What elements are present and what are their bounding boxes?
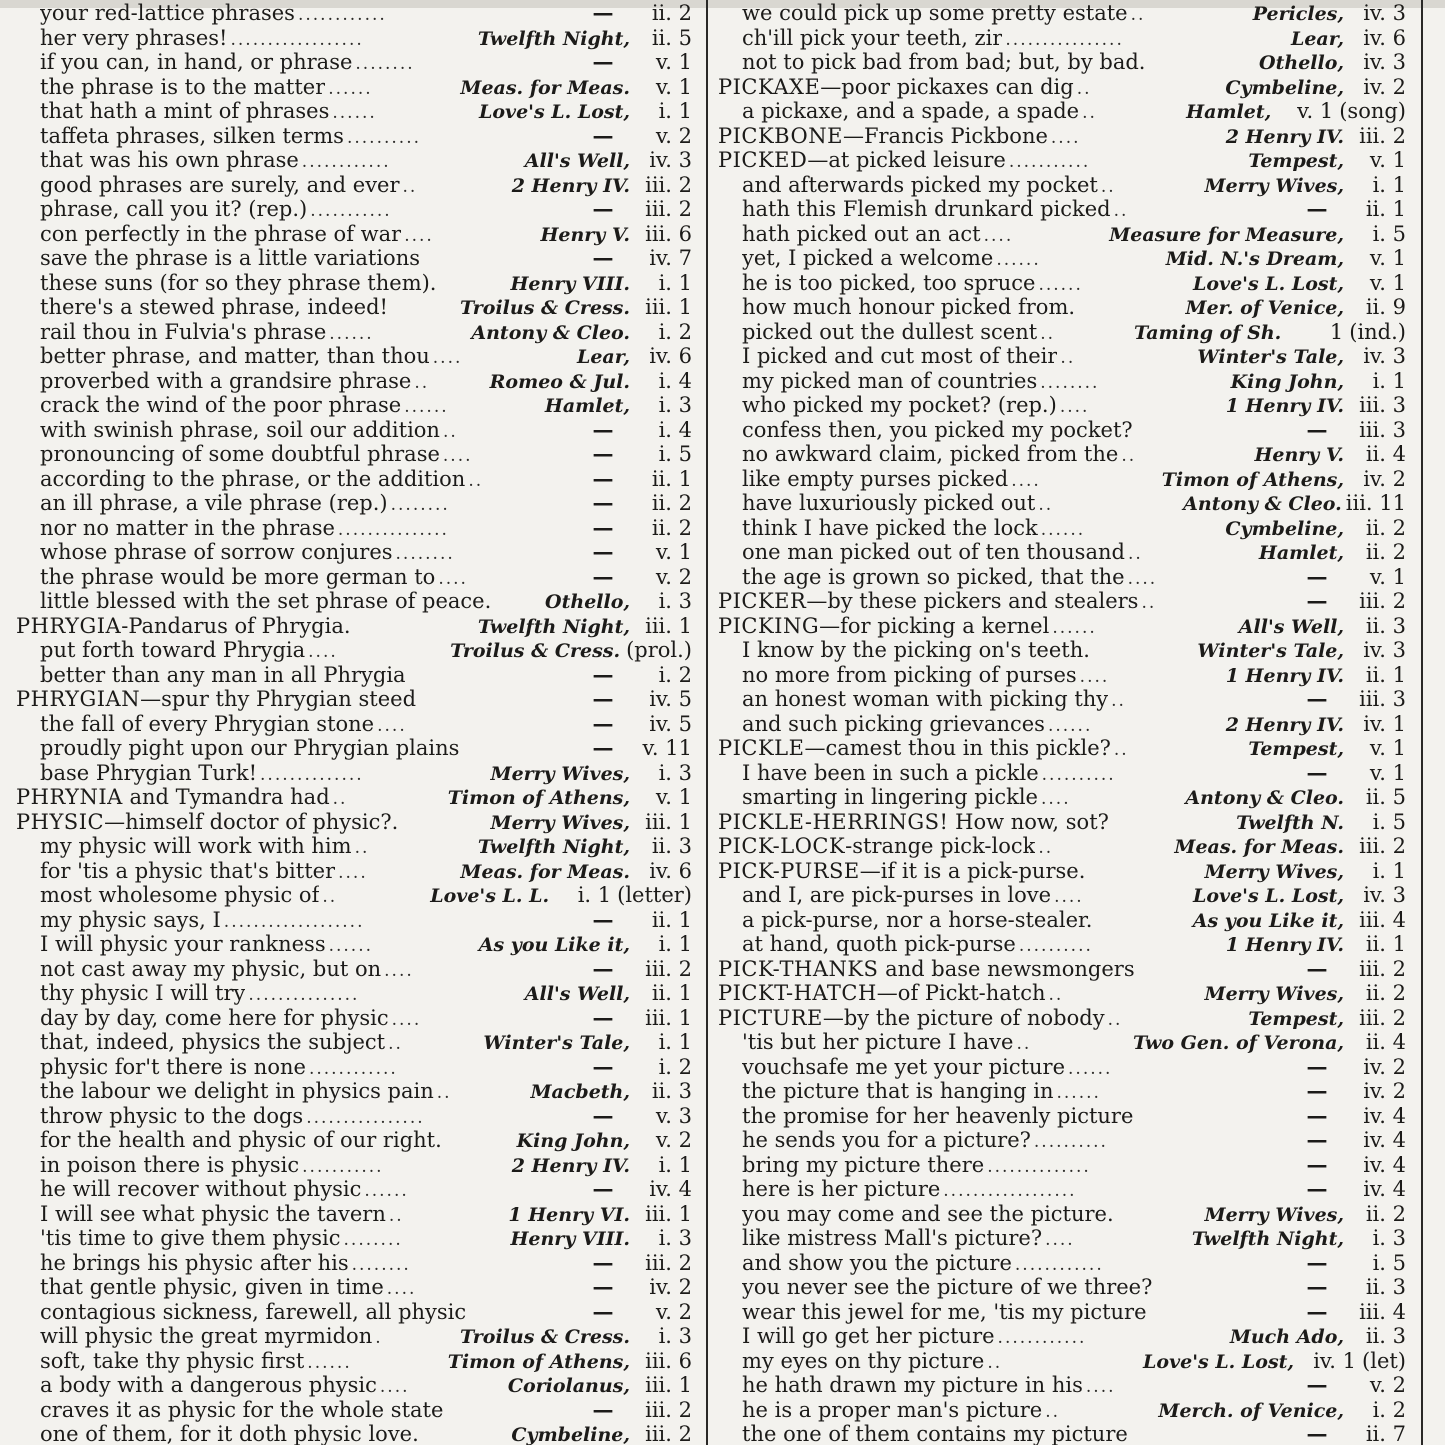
concordance-entry: most wholesome physic of..Love's L. L.i.… [0,883,692,908]
act-scene-reference: iii. 4 [1348,1300,1406,1325]
play-title: Twelfth Night, [478,27,630,52]
play-title: All's Well, [525,982,630,1007]
quotation: my eyes on thy picture [742,1349,984,1374]
quotation: he is a proper man's picture [742,1398,1042,1423]
quotation: according to the phrase, or the addition [40,467,465,492]
play-title: Tempest, [1248,149,1344,174]
concordance-entry: vouchsafe me yet your picture......—iv. … [708,1055,1406,1080]
headword: PICK-PURSE [718,859,860,883]
play-title: Henry VIII. [510,1227,630,1252]
quotation-text: physic for't there is none [40,1055,306,1079]
dot-leader: .... [377,714,573,739]
act-scene-reference: ii. 3 [634,834,692,859]
play-title: As you Like it, [479,933,630,958]
quotation-text: the labour we delight in physics pain [40,1079,434,1103]
act-scene-reference: iv. 2 [1348,1079,1406,1104]
dot-leader: .... [387,1277,573,1302]
headword-entry: PHYSIC—himself doctor of physic?.Merry W… [0,810,692,835]
dot-leader: .. [1114,199,1287,224]
quotation: have luxuriously picked out [742,491,1035,516]
play-title: Love's L. Lost, [1193,884,1344,909]
headword: PICKLE [718,736,804,760]
headword: PICKLE-HERRINGS! [718,810,948,834]
quotation-text: not cast away my physic, but on [40,957,381,981]
play-title: Hamlet, [545,394,630,419]
headword: PHRYGIA [16,614,121,638]
concordance-entry: your red-lattice phrases............—ii.… [0,1,692,26]
quotation-text: my physic will work with him [40,834,352,858]
quotation: a pick-purse, nor a horse-stealer. [742,908,1092,933]
play-title: Tempest, [1248,737,1344,762]
act-scene-reference: iii. 2 [634,957,692,982]
concordance-entry: have luxuriously picked out..Antony & Cl… [708,491,1406,516]
quotation: he will recover without physic [40,1177,361,1202]
act-scene-reference: i. 3 [634,761,692,786]
play-title: Lear, [1291,27,1344,52]
play-title: Tempest, [1248,1007,1344,1032]
play-title: Winter's Tale, [1197,639,1344,664]
dot-leader: ...... [996,248,1162,273]
ditto-mark: — [576,1177,630,1202]
concordance-entry: for 'tis a physic that's bitter....Meas.… [0,859,692,884]
act-scene-reference: v. 2 [634,1300,692,1325]
act-scene-reference: iv. 7 [634,246,692,271]
dot-leader: ...... [1052,616,1235,641]
dot-leader: .... [1045,1228,1189,1253]
act-scene-reference: i. 1 [634,1030,692,1055]
act-scene-reference: i. 3 [634,393,692,418]
act-scene-reference: ii. 2 [1348,981,1406,1006]
concordance-entry: the promise for her heavenly picture—iv.… [708,1104,1406,1129]
quotation-text: you may come and see the picture. [742,1202,1114,1226]
act-scene-reference: iv. 1 [1298,1349,1356,1374]
concordance-entry: ch'ill pick your teeth, zir.............… [708,26,1406,51]
act-scene-reference: iii. 6 [634,222,692,247]
quotation: hath this Flemish drunkard picked [742,197,1111,222]
quotation: PHRYGIA-Pandarus of Phrygia. [16,614,351,639]
quotation: PICKER—by these pickers and stealers [718,589,1138,614]
quotation-text: the one of them contains my picture [742,1422,1128,1445]
quotation: yet, I picked a welcome [742,246,993,271]
quotation: put forth toward Phrygia [40,638,305,663]
play-title: Coriolanus, [508,1374,630,1399]
concordance-entry: the phrase would be more german to....—v… [0,565,692,590]
quotation-text: a pick-purse, nor a horse-stealer. [742,908,1092,932]
act-scene-reference: iii. 1 [634,295,692,320]
headword: PICK-LOCK [718,834,845,858]
play-title: Meas. for Meas. [460,76,630,101]
dot-leader: ...... [404,395,542,420]
quotation-text: vouchsafe me yet your picture [742,1055,1065,1079]
play-title: Troilus & Cress. [450,639,620,664]
act-scene-reference: i. 1 [634,99,692,124]
ditto-mark: — [576,418,630,443]
act-scene-reference: iii. 1 [634,614,692,639]
act-scene-reference: iv. 4 [1348,1128,1406,1153]
quotation-text: rail thou in Fulvia's phrase [40,320,326,344]
concordance-entry: pronouncing of some doubtful phrase....—… [0,442,692,467]
play-title: Meas. for Meas. [1174,835,1344,860]
ditto-mark: — [576,197,630,222]
act-scene-reference: iii. 4 [1348,908,1406,933]
quotation: my physic will work with him [40,834,352,859]
play-title: Timon of Athens, [448,786,630,811]
play-title: Timon of Athens, [1162,468,1344,493]
headword: PICKED [718,148,807,172]
dot-leader: .. [1108,1008,1246,1033]
quotation-text: a pickaxe, and a spade, a spade [742,99,1079,123]
quotation: soft, take thy physic first [40,1349,304,1374]
quotation: I know by the picking on's teeth. [742,638,1090,663]
play-title: Pericles, [1253,2,1344,27]
quotation-text: ch'ill pick your teeth, zir [742,26,1002,50]
concordance-entry: I will go get her picture............Muc… [708,1324,1406,1349]
play-title: Antony & Cleo. [1185,786,1344,811]
dot-leader: ...... [364,1179,573,1204]
quotation-text: confess then, you picked my pocket? [742,418,1133,442]
act-scene-reference: iii. 1 [634,1373,692,1398]
ditto-mark: — [1290,1275,1344,1300]
play-title: Hamlet, [1259,541,1344,566]
act-scene-reference: v. 1 [1275,99,1333,124]
play-title: 1 Henry IV. [1226,933,1344,958]
quotation: and I, are pick-purses in love [742,883,1051,908]
dot-leader: ............ [298,3,573,28]
quotation: I have been in such a pickle [742,761,1039,786]
act-scene-reference: iv. 4 [1348,1153,1406,1178]
act-scene-reference: iii. 2 [1348,589,1406,614]
ditto-mark: — [576,687,630,712]
quotation: he hath drawn my picture in his [742,1373,1083,1398]
concordance-entry: physic for't there is none............—i… [0,1055,692,1080]
concordance-entry: save the phrase is a little variations—i… [0,246,692,271]
quotation: PHRYNIA and Tymandra had [16,785,330,810]
reference-note: (ind.) [1349,320,1406,345]
act-scene-reference: i. 1 [553,883,611,908]
quotation-text: according to the phrase, or the addition [40,467,465,491]
play-title: Macbeth, [531,1080,631,1105]
quotation: if you can, in hand, or phrase [40,50,352,75]
concordance-entry: better than any man in all Phrygia—i. 2 [0,663,692,688]
play-title: Merry Wives, [1205,860,1344,885]
act-scene-reference: i. 3 [634,1226,692,1251]
quotation-text: —camest thou in this pickle? [804,736,1110,760]
concordance-entry: that hath a mint of phrases......Love's … [0,99,692,124]
quotation-text: no more from picking of purses [742,663,1077,687]
quotation-text: 'tis time to give them physic [40,1226,341,1250]
quotation: I will go get her picture [742,1324,995,1349]
quotation-text: and afterwards picked my pocket [742,173,1098,197]
quotation-text: contagious sickness, farewell, all physi… [40,1300,466,1324]
quotation: like empty purses picked [742,467,1008,492]
quotation: picked out the dullest scent [742,320,1037,345]
dot-leader: .......... [1019,934,1223,959]
play-title: All's Well, [525,149,630,174]
quotation-text: —spur thy Phrygian steed [140,687,416,711]
quotation: an honest woman with picking thy [742,687,1108,712]
play-title: Two Gen. of Verona, [1133,1031,1344,1056]
dot-leader: ........ [355,52,573,77]
concordance-page: your red-lattice phrases............—ii.… [0,0,1445,1445]
quotation-text: her very phrases! [40,26,227,50]
quotation-text: the promise for her heavenly picture [742,1104,1133,1128]
play-title: 2 Henry IV. [512,174,630,199]
concordance-entry: contagious sickness, farewell, all physi… [0,1300,692,1325]
quotation: PICKBONE—Francis Pickbone [718,124,1048,149]
play-title: Henry V. [540,223,630,248]
quotation: and show you the picture [742,1251,1012,1276]
act-scene-reference: iii. 3 [1348,393,1406,418]
concordance-entry: here is her picture..................—iv… [708,1177,1406,1202]
quotation-text: with swinish phrase, soil our addition [40,418,440,442]
quotation: like mistress Mall's picture? [742,1226,1042,1251]
quotation-text: an honest woman with picking thy [742,687,1108,711]
quotation-text: taffeta phrases, silken terms [40,124,344,148]
concordance-entry: will physic the great myrmidon.Troilus &… [0,1324,692,1349]
concordance-entry: not cast away my physic, but on....—iii.… [0,957,692,982]
quotation-text: an ill phrase, a vile phrase (rep.) [40,491,388,515]
act-scene-reference: i. 3 [1348,1226,1406,1251]
concordance-entry: and I, are pick-purses in love....Love's… [708,883,1406,908]
act-scene-reference: i. 2 [634,320,692,345]
concordance-entry: like empty purses picked....Timon of Ath… [708,467,1406,492]
concordance-entry: not to pick bad from bad; but, by bad.Ot… [708,50,1406,75]
concordance-entry: in poison there is physic...........2 He… [0,1153,692,1178]
dot-leader: .. [1114,738,1245,763]
concordance-entry: these suns (for so they phrase them).Hen… [0,271,692,296]
act-scene-reference: iii. 2 [634,173,692,198]
quotation-text: have luxuriously picked out [742,491,1035,515]
act-scene-reference: i. 5 [1348,810,1406,835]
concordance-entry: at hand, quoth pick-purse..........1 Hen… [708,932,1406,957]
quotation: that, indeed, physics the subject [40,1030,385,1055]
quotation: PICK-LOCK-strange pick-lock [718,834,1035,859]
dot-leader: .. [1141,591,1287,616]
act-scene-reference: iii. 2 [634,1422,692,1445]
act-scene-reference: v. 1 [1348,565,1406,590]
quotation: PICKING—for picking a kernel [718,614,1049,639]
quotation-text: we could pick up some pretty estate [742,1,1128,25]
act-scene-reference: i. 3 [634,1324,692,1349]
act-scene-reference: ii. 3 [1348,614,1406,639]
dot-leader: .. [1038,836,1171,861]
headword-entry: PICKLE-HERRINGS! How now, sot?Twelfth N.… [708,810,1406,835]
concordance-entry: if you can, in hand, or phrase........—v… [0,50,692,75]
play-title: Antony & Cleo. [471,321,630,346]
act-scene-reference: iii. 1 [634,1202,692,1227]
quotation: he is too picked, too spruce [742,271,1035,296]
quotation-text: and base newsmongers [878,957,1134,981]
dot-leader: .......... [1034,1130,1287,1155]
left-column: your red-lattice phrases............—ii.… [0,1,692,1445]
headword-entry: PICTURE—by the picture of nobody..Tempes… [708,1006,1406,1031]
quotation-text: proverbed with a grandsire phrase [40,369,411,393]
quotation: think I have picked the lock [742,516,1038,541]
quotation-text: and show you the picture [742,1251,1012,1275]
act-scene-reference: ii. 1 [1348,197,1406,222]
dot-leader: .. [1121,444,1251,469]
dot-leader: .. [333,787,445,812]
concordance-entry: hath picked out an act....Measure for Me… [708,222,1406,247]
play-title: Troilus & Cress. [460,1325,630,1350]
dot-leader: .. [1045,1400,1155,1425]
act-scene-reference: iv. 3 [1348,1,1406,26]
quotation-text: bring my picture there [742,1153,984,1177]
quotation: smarting in lingering pickle [742,785,1038,810]
concordance-entry: no more from picking of purses....1 Henr… [708,663,1406,688]
act-scene-reference: iv. 3 [1348,50,1406,75]
quotation: PICKED—at picked leisure [718,148,1006,173]
quotation: for the health and physic of our right. [40,1128,442,1153]
dot-leader: ................ [306,1106,573,1131]
quotation-text: for 'tis a physic that's bitter [40,859,335,883]
concordance-entry: I picked and cut most of their..Winter's… [708,344,1406,369]
quotation: not cast away my physic, but on [40,957,381,982]
quotation: vouchsafe me yet your picture [742,1055,1065,1080]
quotation-text: one of them, for it doth physic love. [40,1422,419,1445]
dot-leader: .. [388,1032,480,1057]
act-scene-reference: iv. 6 [634,859,692,884]
quotation: he brings his physic after his [40,1251,349,1276]
play-title: Troilus & Cress. [460,296,630,321]
act-scene-reference: iii. 1 [634,810,692,835]
dot-leader: .. [437,1081,528,1106]
quotation: one of them, for it doth physic love. [40,1422,419,1445]
quotation-text: I will go get her picture [742,1324,995,1348]
dot-leader: ........ [1040,371,1227,396]
quotation-text: he will recover without physic [40,1177,361,1201]
headword: PHRYNIA [16,785,123,809]
act-scene-reference: v. 2 [634,124,692,149]
dot-leader: .. [468,469,573,494]
quotation: and such picking grievances [742,712,1045,737]
concordance-entry: no awkward claim, picked from the..Henry… [708,442,1406,467]
ditto-mark: — [576,246,630,271]
play-title: Merry Wives, [1205,982,1344,1007]
play-title: Twelfth N. [1236,811,1344,836]
quotation: you may come and see the picture. [742,1202,1114,1227]
quotation-text: he is too picked, too spruce [742,271,1035,295]
quotation: a pickaxe, and a spade, a spade [742,99,1079,124]
act-scene-reference: v. 3 [634,1104,692,1129]
quotation-text: your red-lattice phrases [40,1,295,25]
act-scene-reference: v. 2 [634,565,692,590]
quotation: PICTURE—by the picture of nobody [718,1006,1105,1031]
play-title: Merry Wives, [491,811,630,836]
dot-leader: .............. [260,763,488,788]
dot-leader: .... [404,224,537,249]
concordance-entry: and such picking grievances......2 Henry… [708,712,1406,737]
headword-entry: PICKED—at picked leisure...........Tempe… [708,148,1406,173]
ditto-mark: — [576,124,630,149]
ditto-mark: — [576,467,630,492]
dot-leader: .. [1082,101,1183,126]
ditto-mark: — [1290,197,1344,222]
ditto-mark: — [576,1398,630,1423]
act-scene-reference: iii. 3 [1348,418,1406,443]
play-title: Othello, [1259,51,1344,76]
act-scene-reference: ii. 2 [1348,1202,1406,1227]
headword: PICKER [718,589,806,613]
quotation-text: —himself doctor of physic?. [104,810,398,834]
quotation-text: I picked and cut most of their [742,344,1057,368]
quotation: hath picked out an act [742,222,981,247]
quotation: save the phrase is a little variations [40,246,420,271]
quotation: no more from picking of purses [742,663,1077,688]
quotation-text: I know by the picking on's teeth. [742,638,1090,662]
concordance-entry: 'tis but her picture I have..Two Gen. of… [708,1030,1406,1055]
dot-leader: .... [308,640,447,665]
dot-leader: .................. [943,1179,1287,1204]
quotation-text: if you can, in hand, or phrase [40,50,352,74]
ditto-mark: — [1290,1422,1344,1445]
ditto-mark: — [576,442,630,467]
concordance-entry: that was his own phrase............All's… [0,148,692,173]
dot-leader: .... [433,346,574,371]
quotation: PHRYGIAN—spur thy Phrygian steed [16,687,416,712]
reference-note: (song) [1339,99,1406,124]
quotation: bring my picture there [742,1153,984,1178]
quotation: my physic says, I [40,908,221,933]
ditto-mark: — [1290,589,1344,614]
concordance-entry: my physic says, I...................—ii.… [0,908,692,933]
quotation-text: and Tymandra had [123,785,330,809]
act-scene-reference: ii. 4 [1348,1030,1406,1055]
concordance-entry: put forth toward Phrygia....Troilus & Cr… [0,638,692,663]
quotation-text: hath picked out an act [742,222,981,246]
play-title: 1 Henry VI. [508,1203,630,1228]
quotation-text: the phrase is to the matter [40,75,325,99]
ditto-mark: — [576,1275,630,1300]
ditto-mark: — [1290,1373,1344,1398]
play-title: Cymbeline, [1225,517,1344,542]
quotation: your red-lattice phrases [40,1,295,26]
act-scene-reference: v. 2 [634,1128,692,1153]
quotation: the phrase would be more german to [40,565,435,590]
dot-leader: ........... [310,199,573,224]
act-scene-reference: ii. 5 [1348,785,1406,810]
play-title: 2 Henry IV. [1226,713,1344,738]
headword-entry: PHRYGIAN—spur thy Phrygian steed—iv. 5 [0,687,692,712]
act-scene-reference: ii. 2 [634,516,692,541]
headword-entry: PICKAXE—poor pickaxes can dig..Cymbeline… [708,75,1406,100]
dot-leader: .... [1086,1375,1287,1400]
dot-leader: ........... [1009,150,1246,175]
quotation-text: —for picking a kernel [819,614,1049,638]
dot-leader: .... [443,444,573,469]
headword-entry: PICKING—for picking a kernel......All's … [708,614,1406,639]
concordance-entry: proverbed with a grandsire phrase..Romeo… [0,369,692,394]
headword: PICK-THANKS [718,957,878,981]
concordance-entry: 'tis time to give them physic........Hen… [0,1226,692,1251]
quotation-text: he brings his physic after his [40,1251,349,1275]
play-title: Winter's Tale, [1197,345,1344,370]
headword: PHRYGIAN [16,687,140,711]
ditto-mark: — [1290,1079,1344,1104]
concordance-entry: he brings his physic after his........—i… [0,1251,692,1276]
act-scene-reference: ii. 2 [1348,516,1406,541]
quotation: day by day, come here for physic [40,1006,389,1031]
act-scene-reference: iii. 2 [634,197,692,222]
quotation-text: —by the picture of nobody [823,1006,1105,1030]
dot-leader: ............... [338,518,573,543]
act-scene-reference: ii. 1 [1348,663,1406,688]
quotation: I picked and cut most of their [742,344,1057,369]
quotation: the one of them contains my picture [742,1422,1128,1445]
reference-note: (letter) [617,883,692,908]
concordance-entry: with swinish phrase, soil our addition..… [0,418,692,443]
quotation: and afterwards picked my pocket [742,173,1098,198]
